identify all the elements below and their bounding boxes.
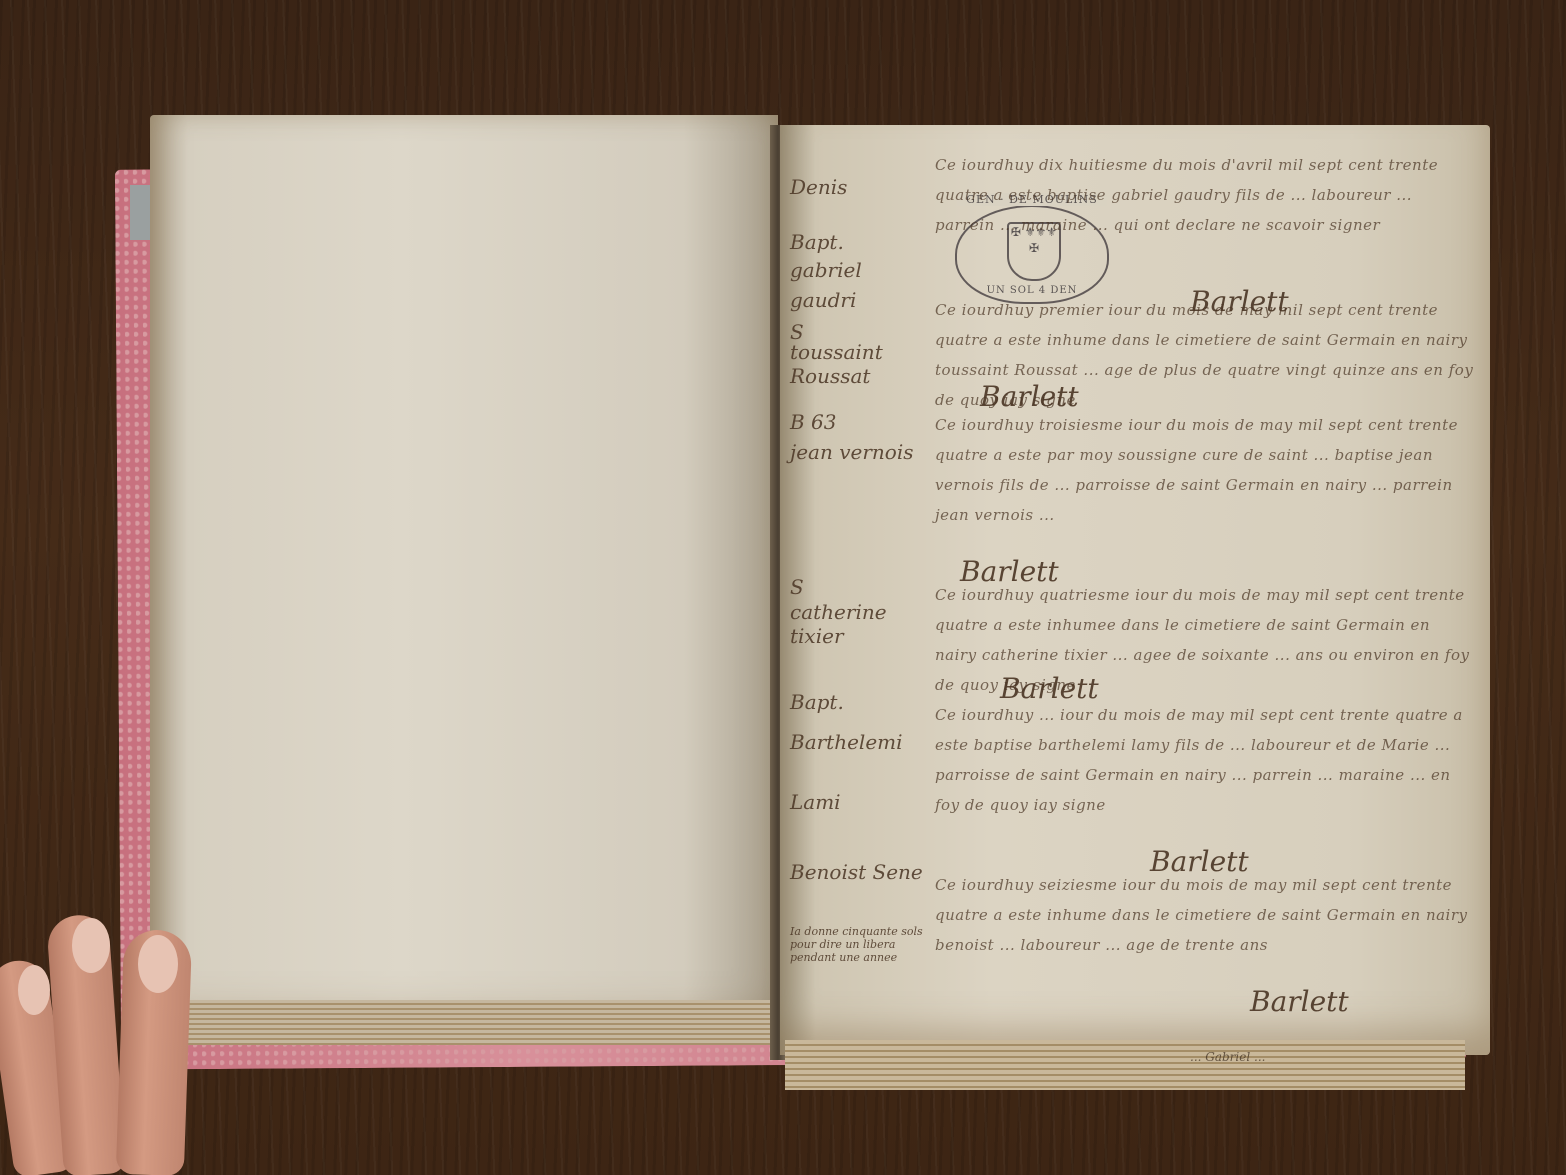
margin-note: Lami (790, 790, 841, 814)
register-entry: Ce iourdhuy troisiesme iour du mois de m… (935, 410, 1475, 530)
margin-note: S (790, 575, 804, 599)
margin-note: B 63 (790, 410, 837, 434)
margin-note: Bapt. (790, 230, 844, 254)
register-entry: Ce iourdhuy ... iour du mois de may mil … (935, 700, 1475, 820)
margin-note: toussaint Roussat (790, 340, 940, 388)
margin-note: jean vernois (790, 440, 913, 464)
fingernail (18, 965, 50, 1015)
left-page-edge (160, 1000, 775, 1045)
left-page-blank[interactable] (150, 115, 778, 1045)
margin-note: Benoist Sene (790, 860, 923, 884)
margin-note: Barthelemi (790, 730, 903, 754)
priest-signature: Barlett (1250, 985, 1349, 1018)
right-page-edge (785, 1040, 1465, 1090)
priest-signature: Barlett (1150, 845, 1249, 878)
margin-note: Ia donne cinquante sols pour dire un lib… (790, 925, 940, 964)
register-entry: Ce iourdhuy seiziesme iour du mois de ma… (935, 870, 1475, 960)
binding-scrap-text: ... Gabriel ... (1190, 1050, 1265, 1064)
priest-signature: Barlett (1190, 285, 1289, 318)
priest-signature: Barlett (960, 555, 1059, 588)
margin-note: catherine tixier (790, 600, 940, 648)
margin-note: gabriel (790, 258, 862, 282)
register-entry: Ce iourdhuy dix huitiesme du mois d'avri… (935, 150, 1475, 240)
margin-note: gaudri (790, 288, 856, 312)
priest-signature: Barlett (1000, 672, 1099, 705)
priest-signature: Barlett (980, 380, 1079, 413)
margin-note: Bapt. (790, 690, 844, 714)
fingernail (138, 935, 178, 993)
margin-note: Denis (790, 175, 847, 199)
fingernail (72, 918, 110, 973)
